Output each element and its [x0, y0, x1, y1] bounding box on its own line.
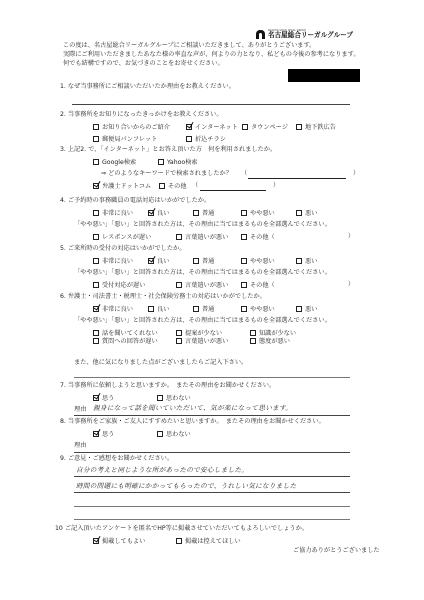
checkbox[interactable]	[193, 210, 199, 216]
q4-option-bad[interactable]: 悪い	[296, 210, 317, 217]
checkbox-checked[interactable]	[186, 124, 192, 130]
checkbox-checked[interactable]	[148, 210, 154, 216]
q6-reason-not-listening[interactable]: 話を聞いてくれない	[93, 330, 158, 337]
q6-option-somewhat-bad[interactable]: やや悪い	[241, 306, 275, 313]
q8-text: 8. 当事務所をご家族・ご友人にすすめたいと思いますか。 またその理由をお聞かせ…	[60, 419, 325, 425]
checkbox[interactable]	[241, 210, 247, 216]
q10-option-decline[interactable]: 掲載は控えてほしい	[176, 538, 241, 545]
q7-option-yes[interactable]: 思う	[93, 395, 114, 402]
q5-text: 5. ご来所時の受付の対応はいかがでしたか。	[60, 246, 185, 252]
open-paren: （	[241, 171, 247, 177]
close-paren: ）	[273, 183, 279, 189]
q6-reason-slow-answers[interactable]: 質問への回答が遅い	[93, 338, 158, 345]
checkbox[interactable]	[241, 306, 247, 312]
checkbox[interactable]	[241, 234, 247, 240]
checkbox-checked[interactable]	[93, 306, 99, 312]
checkbox-checked[interactable]	[93, 538, 99, 544]
q9-line-1-handwritten[interactable]: 自分の考えと同じような所があったので安心しました。	[76, 467, 248, 474]
q4-option-good[interactable]: 良い	[148, 210, 169, 217]
q5-reason-slow[interactable]: 受付対応が遅い	[93, 282, 145, 289]
checkbox[interactable]	[176, 234, 182, 240]
q3-option-other[interactable]: その他	[159, 183, 187, 190]
checkbox[interactable]	[157, 395, 163, 401]
q7-reason-label: 理由	[74, 407, 86, 413]
q6-option-normal[interactable]: 普通	[193, 306, 214, 313]
q6-reason-low-knowledge[interactable]: 知識が少ない	[250, 330, 296, 337]
q4-text: 4. ご予約時の事務職員の電話対応はいかがでしたか。	[60, 198, 210, 204]
q7-option-no[interactable]: 思わない	[157, 395, 191, 402]
q2-option-referral[interactable]: お知り合いからのご紹介	[93, 124, 170, 131]
q6-follow-text: 「やや悪い」「悪い」と回答された方は、その理由に当てはまるものを全部選んでくださ…	[74, 318, 331, 324]
q9-line-4[interactable]	[74, 519, 350, 520]
q4-follow-text: 「やや悪い」「悪い」と回答された方は、その理由に当てはまるものを全部選んでくださ…	[74, 222, 331, 228]
brand-logo: NAGOYA SOGO LEGAL GROUP 名古屋総合リーガルグループ	[256, 30, 353, 39]
checkbox-checked[interactable]	[148, 258, 154, 264]
close-paren: ）	[348, 282, 354, 288]
q6-reason-attitude[interactable]: 態度が悪い	[250, 338, 290, 345]
logo-japanese: 名古屋総合リーガルグループ	[268, 32, 353, 39]
checkbox[interactable]	[93, 210, 99, 216]
q6-text: 6. 弁護士・司法書士・税理士・社会保険労務士の対応はいかがでしたか。	[60, 294, 266, 300]
checkbox[interactable]	[93, 258, 99, 264]
q9-line-3[interactable]	[74, 506, 350, 507]
q6-option-good[interactable]: 良い	[148, 306, 169, 313]
q9-line-1	[74, 476, 350, 477]
q1-answer-line[interactable]	[72, 104, 350, 105]
q3-other-field[interactable]	[200, 190, 266, 191]
close-paren: ）	[348, 234, 354, 240]
q3-text: 3. 上記2. で、「インターネット」とお答え頂いた方 何を利用されましたか。	[60, 147, 276, 153]
checkbox[interactable]	[242, 124, 248, 130]
q6-option-very-good[interactable]: 非常に良い	[93, 306, 133, 313]
checkbox[interactable]	[93, 159, 99, 165]
checkbox[interactable]	[159, 183, 165, 189]
q9-line-2-handwritten[interactable]: 時間の問題にも明確にかかってもらったので、うれしい気になりました	[76, 483, 296, 490]
q4-option-very-good[interactable]: 非常に良い	[93, 210, 133, 217]
checkbox-checked[interactable]	[93, 183, 99, 189]
thanks-message: ご協力ありがとうございました	[293, 548, 380, 554]
checkbox[interactable]	[176, 338, 182, 344]
q2-option-subway-ad[interactable]: 地下鉄広告	[296, 124, 336, 131]
q8-reason-line[interactable]	[74, 452, 350, 453]
q3-option-google[interactable]: Google検索	[93, 159, 136, 166]
checkbox[interactable]	[296, 306, 302, 312]
checkbox[interactable]	[296, 124, 302, 130]
checkbox[interactable]	[176, 330, 182, 336]
checkbox[interactable]	[148, 306, 154, 312]
checkbox[interactable]	[176, 538, 182, 544]
q2-text: 2. 当事務所をお知りになったきっかけをお教えください。	[60, 112, 223, 118]
q5-option-somewhat-bad[interactable]: やや悪い	[241, 258, 275, 265]
q7-text: 7. 当事務所に依頼しようと思いますか。 またその理由をお聞かせください。	[60, 383, 275, 389]
q4-reason-slow[interactable]: レスポンスが遅い	[93, 234, 151, 241]
q2-option-townpage[interactable]: タウンページ	[242, 124, 288, 131]
redacted-block	[288, 69, 360, 82]
intro-line-3: 何でも結構ですので、お気づきのことをお寄せください。	[63, 61, 224, 67]
q3-option-yahoo[interactable]: Yahoo検索	[158, 159, 198, 166]
q4-reason-wording[interactable]: 言葉遣いが悪い	[176, 234, 228, 241]
q8-reason-label: 理由	[74, 443, 86, 449]
checkbox[interactable]	[93, 124, 99, 130]
checkbox[interactable]	[186, 136, 192, 142]
q5-option-normal[interactable]: 普通	[193, 258, 214, 265]
q5-follow-text: 「やや悪い」「悪い」と回答された方は、その理由に当てはまるものを全部選んでくださ…	[74, 270, 331, 276]
checkbox[interactable]	[241, 258, 247, 264]
checkbox[interactable]	[193, 306, 199, 312]
q6-option-bad[interactable]: 悪い	[296, 306, 317, 313]
q2-option-flyer[interactable]: 折込チラシ	[186, 136, 226, 143]
q1-text: 1. なぜ当事務所にご相談いただいたか理由をお教えください。	[60, 84, 235, 90]
q8-option-no[interactable]: 思わない	[157, 431, 191, 438]
checkbox[interactable]	[241, 282, 247, 288]
checkbox[interactable]	[93, 136, 99, 142]
q6-other-prompt: また、他に気になりました点がございましたらご記入下さい。	[74, 360, 247, 366]
checkbox[interactable]	[158, 159, 164, 165]
q4-option-somewhat-bad[interactable]: やや悪い	[241, 210, 275, 217]
q9-text: 9. ご意見・ご感想をお聞かせください。	[60, 456, 173, 462]
q3-keyword-prompt: ⇒ どのようなキーワードで検索されましたか？	[101, 171, 232, 177]
open-paren: （	[192, 183, 198, 189]
q7-reason-handwritten[interactable]: 親身になって話を聞いていただいて、気が楽になって思います。	[93, 405, 292, 412]
logo-mark-icon	[256, 30, 265, 39]
checkbox[interactable]	[176, 282, 182, 288]
q2-option-postoffice[interactable]: 郵便局パンフレット	[93, 136, 157, 143]
checkbox[interactable]	[296, 258, 302, 264]
q2-option-internet[interactable]: インターネット	[186, 124, 238, 131]
checkbox[interactable]	[93, 282, 99, 288]
q3-keyword-field[interactable]	[248, 178, 346, 179]
q3-option-bengoshi-dotcom[interactable]: 弁護士ドットコム	[93, 183, 151, 190]
q9-line-2	[74, 492, 350, 493]
checkbox[interactable]	[193, 258, 199, 264]
checkbox[interactable]	[250, 338, 256, 344]
checkbox-checked[interactable]	[93, 395, 99, 401]
q5-reason-wording[interactable]: 言葉遣いが悪い	[176, 282, 228, 289]
checkbox[interactable]	[157, 431, 163, 437]
q5-option-bad[interactable]: 悪い	[296, 258, 317, 265]
q5-option-very-good[interactable]: 非常に良い	[93, 258, 133, 265]
q6-reason-few-proposals[interactable]: 提案が少ない	[176, 330, 222, 337]
q7-reason-line	[74, 415, 350, 416]
q5-reason-other[interactable]: その他（	[241, 282, 275, 289]
q8-option-yes[interactable]: 思う	[93, 431, 114, 438]
checkbox[interactable]	[250, 330, 256, 336]
intro-line-1: この度は、名古屋総合リーガルグループにご相談いただきまして、ありがとうございます…	[63, 43, 315, 49]
q6-reason-wording[interactable]: 言葉遣いが悪い	[176, 338, 228, 345]
q4-reason-other[interactable]: その他（	[241, 234, 275, 241]
checkbox[interactable]	[93, 330, 99, 336]
checkbox[interactable]	[93, 338, 99, 344]
q10-text: 10 ご記入頂いたアンケートを匿名でHP等に掲載させていただいてもよろしいでしょ…	[55, 526, 308, 532]
checkbox[interactable]	[296, 210, 302, 216]
intro-line-2: 実際にご利用いただきましたあなた様の率直な声が、何よりの力となり、私どもの今後の…	[63, 52, 360, 58]
q4-option-normal[interactable]: 普通	[193, 210, 214, 217]
checkbox-checked[interactable]	[93, 431, 99, 437]
checkbox[interactable]	[93, 234, 99, 240]
q5-option-good[interactable]: 良い	[148, 258, 169, 265]
q6-other-line[interactable]	[74, 377, 350, 378]
close-paren: ）	[353, 171, 359, 177]
q10-option-allow[interactable]: 掲載してもよい	[93, 538, 145, 545]
